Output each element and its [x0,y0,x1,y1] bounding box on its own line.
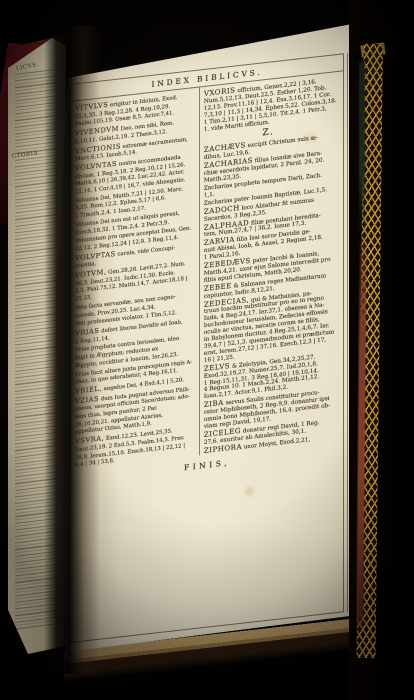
index-column-right: VXORIS officium, Genes.2,22 | 3,16.Num.5… [199,71,343,455]
page-rule-frame: INDEX BIBLICVS. VITVLVS erigitur in Idol… [70,53,344,643]
index-headword: VRIAS [75,327,99,338]
book-photo: LICVS. CTORIA INDEX BIBLICVS. VITVLVS er… [0,0,414,700]
leather-dark-strip [359,62,365,242]
left-page-edge: LICVS. CTORIA [6,34,66,654]
index-column-left: VITVLVS erigitur in Idolum, Exod.32,4,35… [71,88,199,470]
page-content: INDEX BIBLICVS. VITVLVS erigitur in Idol… [70,53,344,643]
binding-edge [349,0,414,700]
text-columns: VITVLVS erigitur in Idolum, Exod.32,4,35… [71,71,343,470]
